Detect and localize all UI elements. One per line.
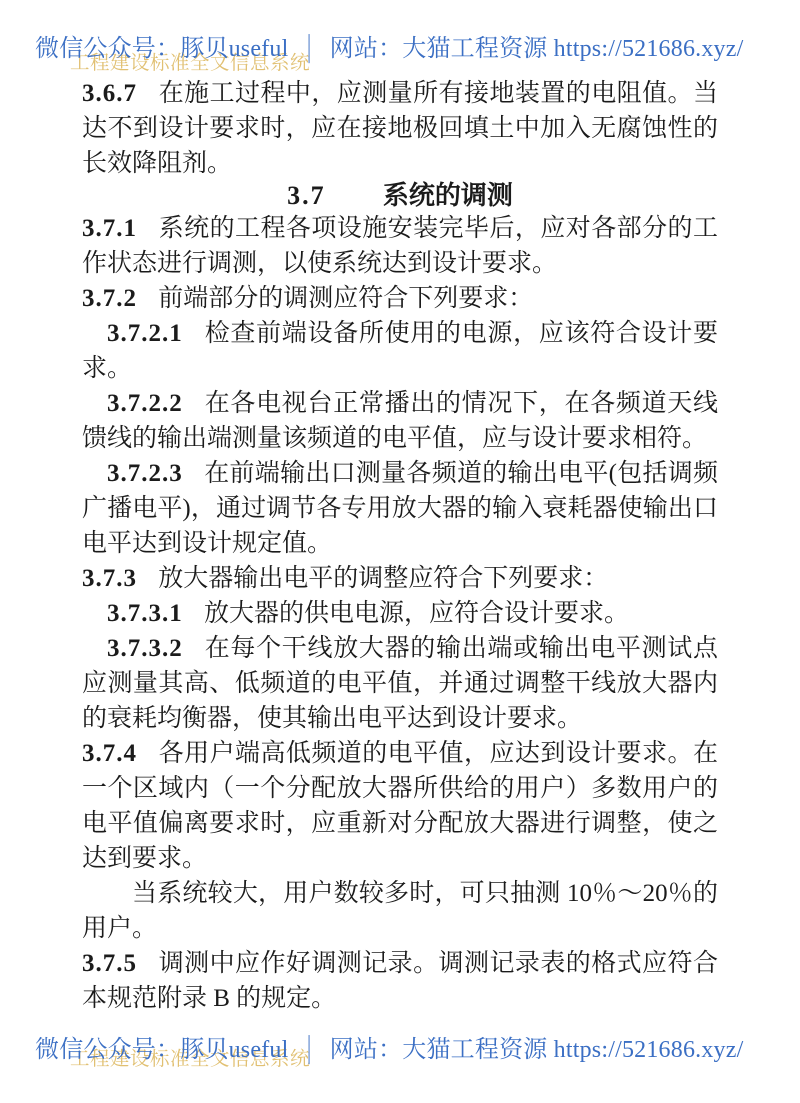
- site-watermark-link-text: 网站：大猫工程资源 https://521686.xyz/: [330, 1037, 744, 1063]
- clause-paragraph: 3.7.2前端部分的调测应符合下列要求：: [82, 281, 718, 316]
- clause-paragraph: 3.7.2.1检查前端设备所使用的电源，应该符合设计要求。: [82, 316, 718, 386]
- clause-number: 3.7.3.1: [107, 600, 183, 627]
- clause-text: 放大器的供电电源，应符合设计要求。: [204, 600, 629, 627]
- clause-number: 3.7.4: [82, 740, 137, 767]
- clause-number: 3.7.5: [82, 950, 137, 977]
- clause-number: 3.7.3: [82, 565, 137, 592]
- clause-paragraph: 3.7.1系统的工程各项设施安装完毕后，应对各部分的工作状态进行调测，以使系统达…: [82, 211, 718, 281]
- clause-text: 放大器输出电平的调整应符合下列要求：: [158, 565, 608, 592]
- header-watermark-banner: 微信公众号：豚贝useful│网站：大猫工程资源 https://521686.…: [35, 28, 775, 63]
- clause-text: 在施工过程中，应测量所有接地装置的电阻值。当达不到设计要求时，应在接地极回填土中…: [82, 80, 718, 177]
- clause-paragraph: 3.7.3放大器输出电平的调整应符合下列要求：: [82, 561, 718, 596]
- clause-paragraph: 3.7.4各用户端高低频道的电平值，应达到设计要求。在一个区域内（一个分配放大器…: [82, 736, 718, 876]
- clause-text: 系统的工程各项设施安装完毕后，应对各部分的工作状态进行调测，以使系统达到设计要求…: [82, 215, 718, 277]
- clause-number: 3.6.7: [82, 80, 137, 107]
- wechat-watermark-text: 微信公众号：豚贝useful: [35, 36, 288, 62]
- site-watermark-link-text: 网站：大猫工程资源 https://521686.xyz/: [330, 36, 744, 62]
- clause-text: 当系统较大，用户数较多时，可只抽测 10％～20％的用户。: [82, 880, 718, 942]
- clause-number: 3.7.1: [82, 215, 137, 242]
- document-body: 3.6.7在施工过程中，应测量所有接地装置的电阻值。当达不到设计要求时，应在接地…: [82, 76, 718, 1016]
- wechat-watermark-text: 微信公众号：豚贝useful: [35, 1037, 288, 1063]
- clause-number: 3.7.2.2: [107, 390, 183, 417]
- clause-text: 前端部分的调测应符合下列要求：: [158, 285, 533, 312]
- clause-paragraph: 3.7.3.1放大器的供电电源，应符合设计要求。: [82, 596, 718, 631]
- clause-paragraph: 3.7.5调测中应作好调测记录。调测记录表的格式应符合本规范附录 B 的规定。: [82, 946, 718, 1016]
- clause-paragraph: 3.6.7在施工过程中，应测量所有接地装置的电阻值。当达不到设计要求时，应在接地…: [82, 76, 718, 181]
- clause-number: 3.7.2.1: [107, 320, 183, 347]
- clause-number: 3.7.3.2: [107, 635, 183, 662]
- clause-text: 调测中应作好调测记录。调测记录表的格式应符合本规范附录 B 的规定。: [82, 950, 718, 1012]
- body-paragraph: 当系统较大，用户数较多时，可只抽测 10％～20％的用户。: [82, 876, 718, 946]
- section-number: 3.7: [287, 181, 326, 210]
- separator-bar: │: [288, 36, 329, 62]
- section-heading: 3.7系统的调测: [82, 181, 718, 211]
- clause-number: 3.7.2: [82, 285, 137, 312]
- footer-watermark-banner: 微信公众号：豚贝useful│网站：大猫工程资源 https://521686.…: [35, 1029, 775, 1064]
- clause-text: 各用户端高低频道的电平值，应达到设计要求。在一个区域内（一个分配放大器所供给的用…: [82, 740, 718, 872]
- clause-paragraph: 3.7.2.2在各电视台正常播出的情况下，在各频道天线馈线的输出端测量该频道的电…: [82, 386, 718, 456]
- section-title: 系统的调测: [383, 181, 513, 210]
- separator-bar: │: [288, 1037, 329, 1063]
- clause-paragraph: 3.7.2.3在前端输出口测量各频道的输出电平(包括调频广播电平)，通过调节各专…: [82, 456, 718, 561]
- clause-number: 3.7.2.3: [107, 460, 183, 487]
- clause-paragraph: 3.7.3.2在每个干线放大器的输出端或输出电平测试点应测量其高、低频道的电平值…: [82, 631, 718, 736]
